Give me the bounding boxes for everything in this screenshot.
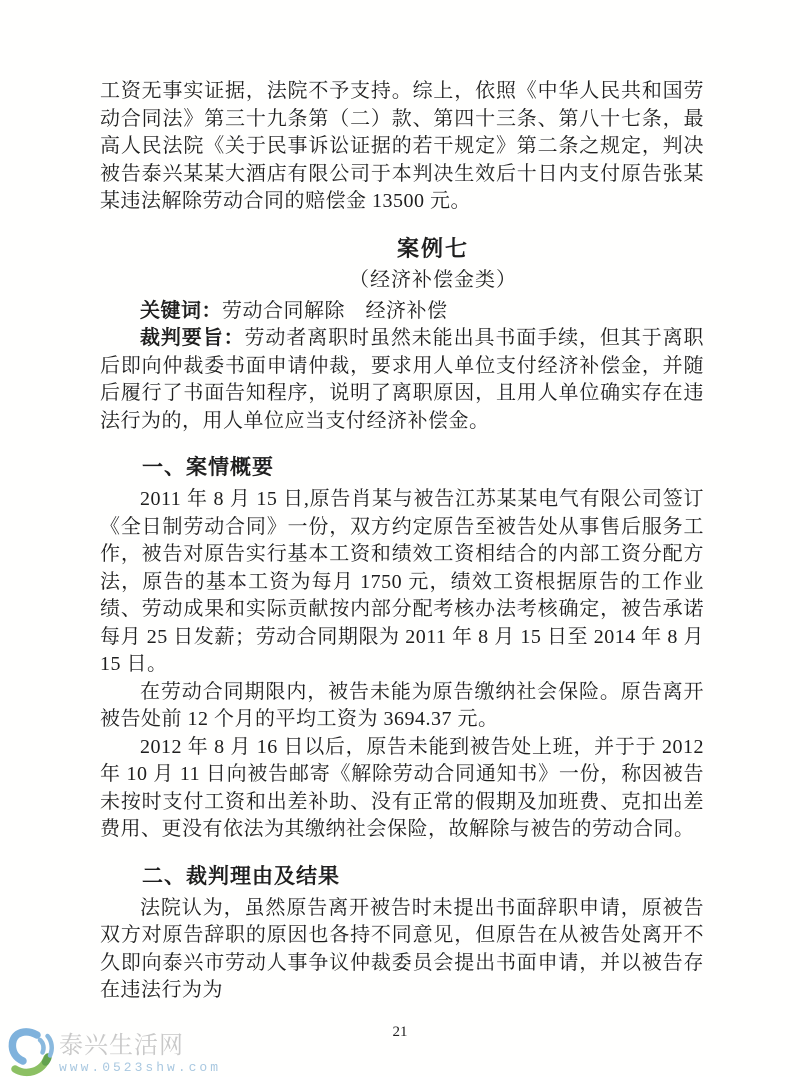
case-subtitle: （经济补偿金类）: [100, 265, 704, 295]
section-2-heading: 二、裁判理由及结果: [100, 859, 704, 895]
watermark-site-name: 泰兴生活网: [59, 1033, 221, 1059]
scanned-document-page: { "page": { "continuation_paragraph": "工…: [0, 0, 800, 1077]
section-1-paragraph: 2011 年 8 月 15 日,原告肖某与被告江苏某某电气有限公司签订《全日制劳…: [100, 486, 704, 679]
keywords-label: 关键词：: [140, 300, 222, 322]
section-1-paragraph: 在劳动合同期限内，被告未能为原告缴纳社会保险。原告离开被告处前 12 个月的平均…: [100, 679, 704, 734]
summary-label: 裁判要旨：: [140, 327, 245, 349]
continuation-paragraph: 工资无事实证据，法院不予支持。综上，依照《中华人民共和国劳动合同法》第三十九条第…: [100, 78, 704, 216]
taixing-life-net-logo-icon: [6, 1025, 56, 1077]
keywords-value: 劳动合同解除 经济补偿: [222, 300, 448, 322]
case-title: 案例七: [100, 233, 704, 265]
keywords-line: 关键词：劳动合同解除 经济补偿: [100, 298, 704, 326]
document-body: 工资无事实证据，法院不予支持。综上，依照《中华人民共和国劳动合同法》第三十九条第…: [100, 78, 704, 1005]
section-1-paragraph: 2012 年 8 月 16 日以后，原告未能到被告处上班，并于于 2012 年 …: [100, 734, 704, 844]
section-2-paragraph: 法院认为，虽然原告离开被告时未提出书面辞职申请，原被告双方对原告辞职的原因也各持…: [100, 895, 704, 1005]
section-1-heading: 一、案情概要: [100, 450, 704, 486]
watermark-text: 泰兴生活网 www.0523shw.com: [59, 1025, 221, 1076]
watermark-site-url: www.0523shw.com: [59, 1060, 221, 1076]
summary-paragraph: 裁判要旨：劳动者离职时虽然未能出具书面手续，但其于离职后即向仲裁委书面申请仲裁，…: [100, 325, 704, 435]
site-watermark: 泰兴生活网 www.0523shw.com: [6, 1025, 221, 1077]
